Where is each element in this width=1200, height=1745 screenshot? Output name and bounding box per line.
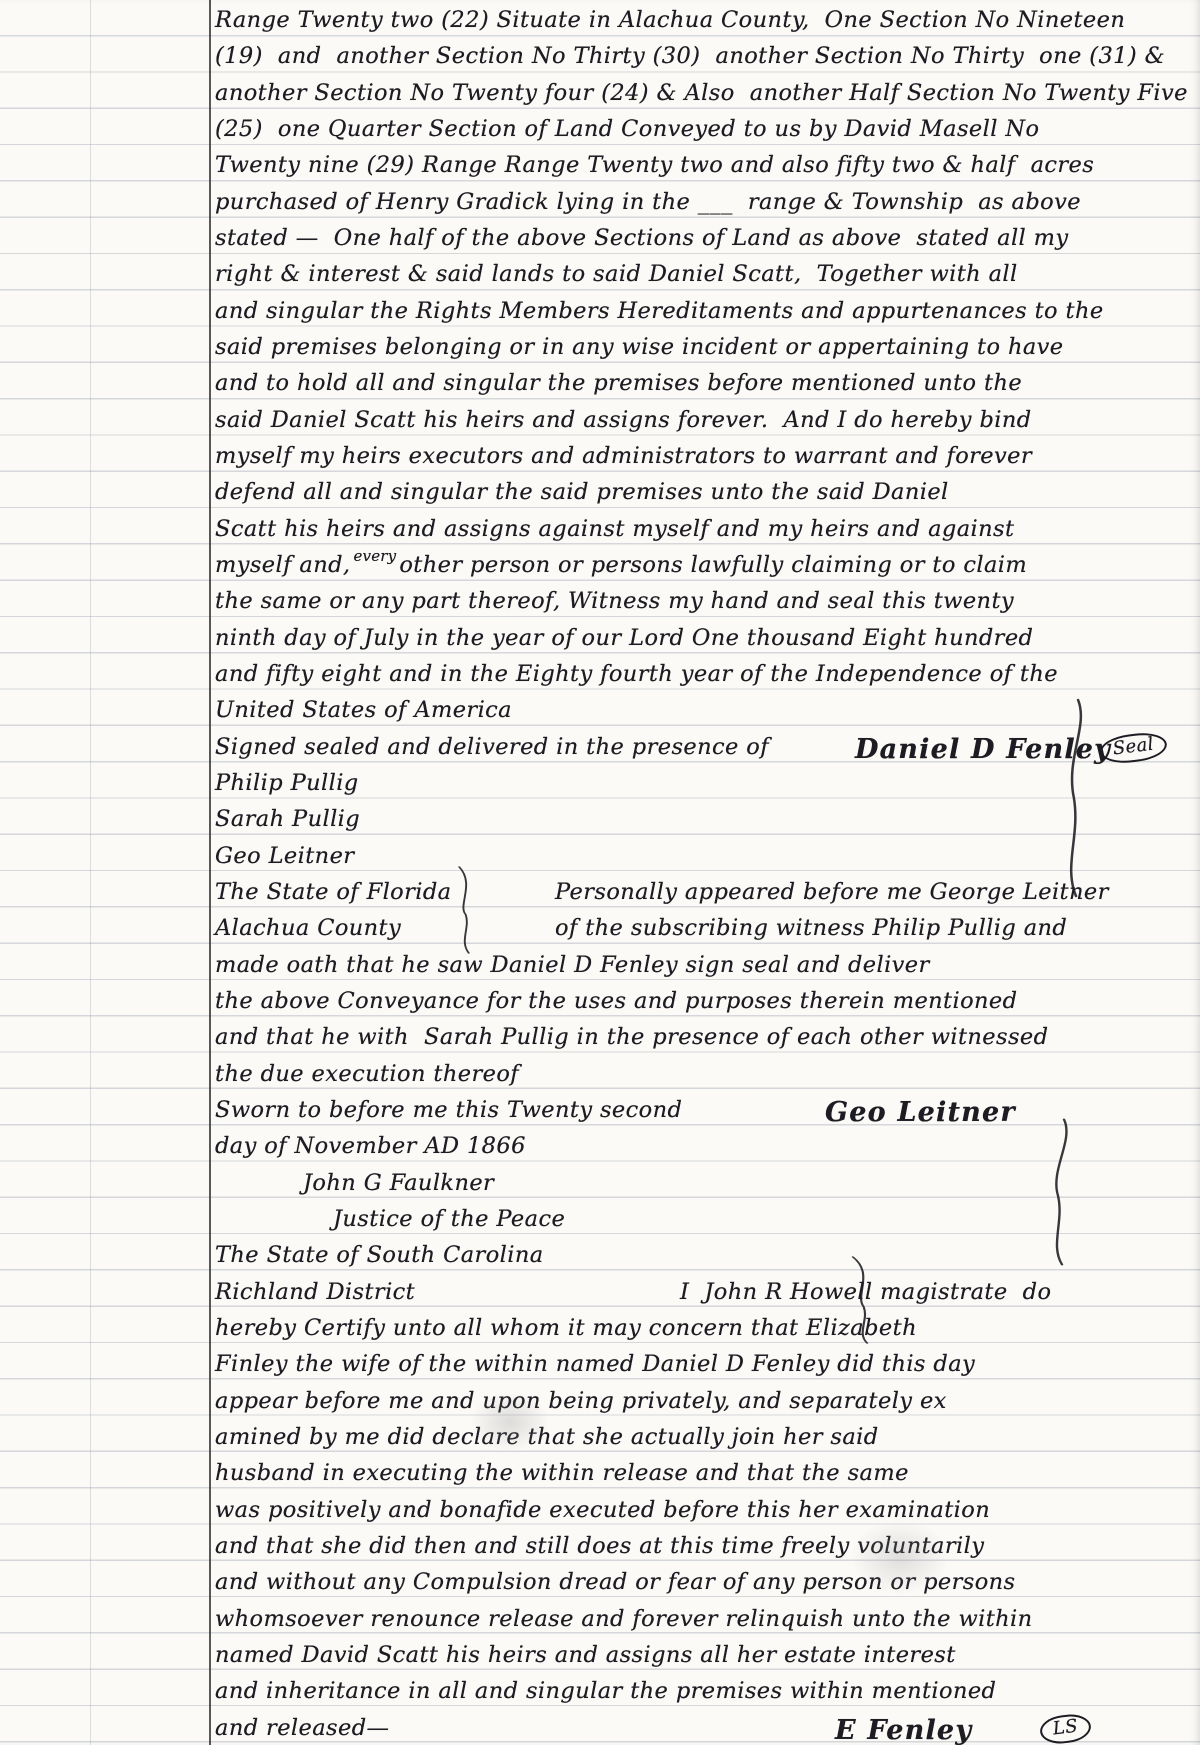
line-text: and fifty eight and in the Eighty fourth…: [215, 661, 1058, 687]
margin-rule-vertical: [209, 0, 211, 1745]
manuscript-line: was positively and bonafide executed bef…: [215, 1497, 1194, 1534]
line-text: appear before me and upon being privatel…: [215, 1388, 947, 1414]
manuscript-line: and without any Compulsion dread or fear…: [215, 1569, 1194, 1606]
document-page: Range Twenty two (22) Situate in Alachua…: [0, 0, 1200, 1745]
line-text: Scatt his heirs and assigns against myse…: [215, 516, 1014, 542]
line-text: and to hold all and singular the premise…: [215, 370, 1022, 396]
manuscript-line: the due execution thereof: [215, 1061, 1194, 1098]
signature-text: E Fenley: [835, 1715, 972, 1745]
manuscript-line: United States of America: [215, 697, 1194, 734]
line-text: whomsoever renounce release and forever …: [215, 1606, 1033, 1632]
line-text: right & interest & said lands to said Da…: [215, 261, 1018, 287]
line-text: and released—: [215, 1715, 389, 1741]
manuscript-line: appear before me and upon being privatel…: [215, 1388, 1194, 1425]
line-text: and singular the Rights Members Heredita…: [215, 298, 1104, 324]
manuscript-line: Philip Pullig: [215, 770, 1194, 807]
manuscript-line: and singular the Rights Members Heredita…: [215, 298, 1194, 335]
manuscript-line: Range Twenty two (22) Situate in Alachua…: [215, 7, 1194, 44]
manuscript-line: and that he with Sarah Pullig in the pre…: [215, 1024, 1194, 1061]
manuscript-line: husband in executing the within release …: [215, 1460, 1194, 1497]
manuscript-line: defend all and singular the said premise…: [215, 479, 1194, 516]
line-text: Twenty nine (29) Range Range Twenty two …: [215, 152, 1094, 178]
manuscript-line: Signed sealed and delivered in the prese…: [215, 734, 1194, 771]
line-text: husband in executing the within release …: [215, 1460, 909, 1486]
line-text: said premises belonging or in any wise i…: [215, 334, 1064, 360]
line-text: (25) one Quarter Section of Land Conveye…: [215, 116, 1039, 142]
manuscript-line: (19) and another Section No Thirty (30) …: [215, 43, 1194, 80]
manuscript-line: whomsoever renounce release and forever …: [215, 1606, 1194, 1643]
line-text: and without any Compulsion dread or fear…: [215, 1569, 1016, 1595]
line-text: made oath that he saw Daniel D Fenley si…: [215, 952, 930, 978]
line-text: Personally appeared before me George Lei…: [555, 879, 1109, 905]
manuscript-line: and fifty eight and in the Eighty fourth…: [215, 661, 1194, 698]
brace-state-south-carolina: [842, 1256, 878, 1344]
manuscript-line: hereby Certify unto all whom it may conc…: [215, 1315, 1194, 1352]
line-text: named David Scatt his heirs and assigns …: [215, 1642, 956, 1668]
manuscript-line: Geo Leitner: [215, 843, 1194, 880]
manuscript-line: myself my heirs executors and administra…: [215, 443, 1194, 480]
brace-state-florida: [448, 866, 480, 954]
line-text: another Section No Twenty four (24) & Al…: [215, 80, 1188, 106]
manuscript-line: right & interest & said lands to said Da…: [215, 261, 1194, 298]
line-text: Alachua County: [215, 915, 401, 941]
line-text: the same or any part thereof, Witness my…: [215, 588, 1014, 614]
line-text: The State of South Carolina: [215, 1242, 544, 1268]
manuscript-line: stated — One half of the above Sections …: [215, 225, 1194, 262]
brace-witnesses: [1055, 698, 1097, 898]
manuscript-line: said premises belonging or in any wise i…: [215, 334, 1194, 371]
left-margin-line: [90, 0, 91, 1745]
manuscript-line: and to hold all and singular the premise…: [215, 370, 1194, 407]
manuscript-line: ninth day of July in the year of our Lor…: [215, 625, 1194, 662]
manuscript-line: another Section No Twenty four (24) & Al…: [215, 80, 1194, 117]
signature-text: Geo Leitner: [825, 1097, 1016, 1128]
line-text: Geo Leitner: [215, 843, 354, 869]
line-text: and inheritance in all and singular the …: [215, 1678, 996, 1704]
line-text: (19) and another Section No Thirty (30) …: [215, 43, 1165, 69]
line-text: of the subscribing witness Philip Pullig…: [555, 915, 1067, 941]
line-text: Signed sealed and delivered in the prese…: [215, 734, 769, 760]
line-text: Justice of the Peace: [333, 1206, 565, 1232]
manuscript-line: (25) one Quarter Section of Land Conveye…: [215, 116, 1194, 153]
line-text: day of November AD 1866: [215, 1133, 526, 1159]
line-text: myself and,: [215, 552, 350, 578]
line-text: myself my heirs executors and administra…: [215, 443, 1032, 469]
line-text: was positively and bonafide executed bef…: [215, 1497, 990, 1523]
line-text: ninth day of July in the year of our Lor…: [215, 625, 1033, 651]
line-text: defend all and singular the said premise…: [215, 479, 949, 505]
line-text: Sworn to before me this Twenty second: [215, 1097, 682, 1123]
line-text: Finley the wife of the within named Dani…: [215, 1351, 975, 1377]
line-text: Sarah Pullig: [215, 806, 360, 832]
line-text: stated — One half of the above Sections …: [215, 225, 1069, 251]
line-text: amined by me did declare that she actual…: [215, 1424, 879, 1450]
manuscript-line: Twenty nine (29) Range Range Twenty two …: [215, 152, 1194, 189]
line-text: Range Twenty two (22) Situate in Alachua…: [215, 7, 1125, 33]
seal-badge: LS: [1038, 1711, 1092, 1745]
line-text: Philip Pullig: [215, 770, 359, 796]
line-text: and that he with Sarah Pullig in the pre…: [215, 1024, 1048, 1050]
line-text: United States of America: [215, 697, 512, 723]
line-text: hereby Certify unto all whom it may conc…: [215, 1315, 917, 1341]
manuscript: Range Twenty two (22) Situate in Alachua…: [215, 0, 1194, 1745]
manuscript-line: said Daniel Scatt his heirs and assigns …: [215, 407, 1194, 444]
manuscript-line: Finley the wife of the within named Dani…: [215, 1351, 1194, 1388]
line-text: The State of Florida: [215, 879, 452, 905]
line-text: the due execution thereof: [215, 1061, 519, 1087]
line-text: purchased of Henry Gradick lying in the …: [215, 189, 1081, 215]
manuscript-line: purchased of Henry Gradick lying in the …: [215, 189, 1194, 226]
line-text: John G Faulkner: [303, 1170, 494, 1196]
inserted-word: every: [353, 547, 396, 565]
line-text: said Daniel Scatt his heirs and assigns …: [215, 407, 1032, 433]
manuscript-line: and released—E FenleyLS: [215, 1715, 1194, 1745]
manuscript-line: Sarah Pullig: [215, 806, 1194, 843]
brace-sworn: [1040, 1118, 1080, 1266]
manuscript-line: The State of FloridaPersonally appeared …: [215, 879, 1194, 916]
manuscript-line: named David Scatt his heirs and assigns …: [215, 1642, 1194, 1679]
manuscript-line: the above Conveyance for the uses and pu…: [215, 988, 1194, 1025]
manuscript-line: the same or any part thereof, Witness my…: [215, 588, 1194, 625]
manuscript-line: and that she did then and still does at …: [215, 1533, 1194, 1570]
line-text: and that she did then and still does at …: [215, 1533, 984, 1559]
manuscript-line: Alachua Countyof the subscribing witness…: [215, 915, 1194, 952]
manuscript-line: Richland DistrictI John R Howell magistr…: [215, 1279, 1194, 1316]
manuscript-line: amined by me did declare that she actual…: [215, 1424, 1194, 1461]
manuscript-line: made oath that he saw Daniel D Fenley si…: [215, 952, 1194, 989]
manuscript-line: myself and,everyother person or persons …: [215, 552, 1194, 589]
line-text: Richland District: [215, 1279, 415, 1305]
line-text: the above Conveyance for the uses and pu…: [215, 988, 1017, 1014]
manuscript-line: and inheritance in all and singular the …: [215, 1678, 1194, 1715]
line-text: other person or persons lawfully claimin…: [399, 552, 1027, 578]
